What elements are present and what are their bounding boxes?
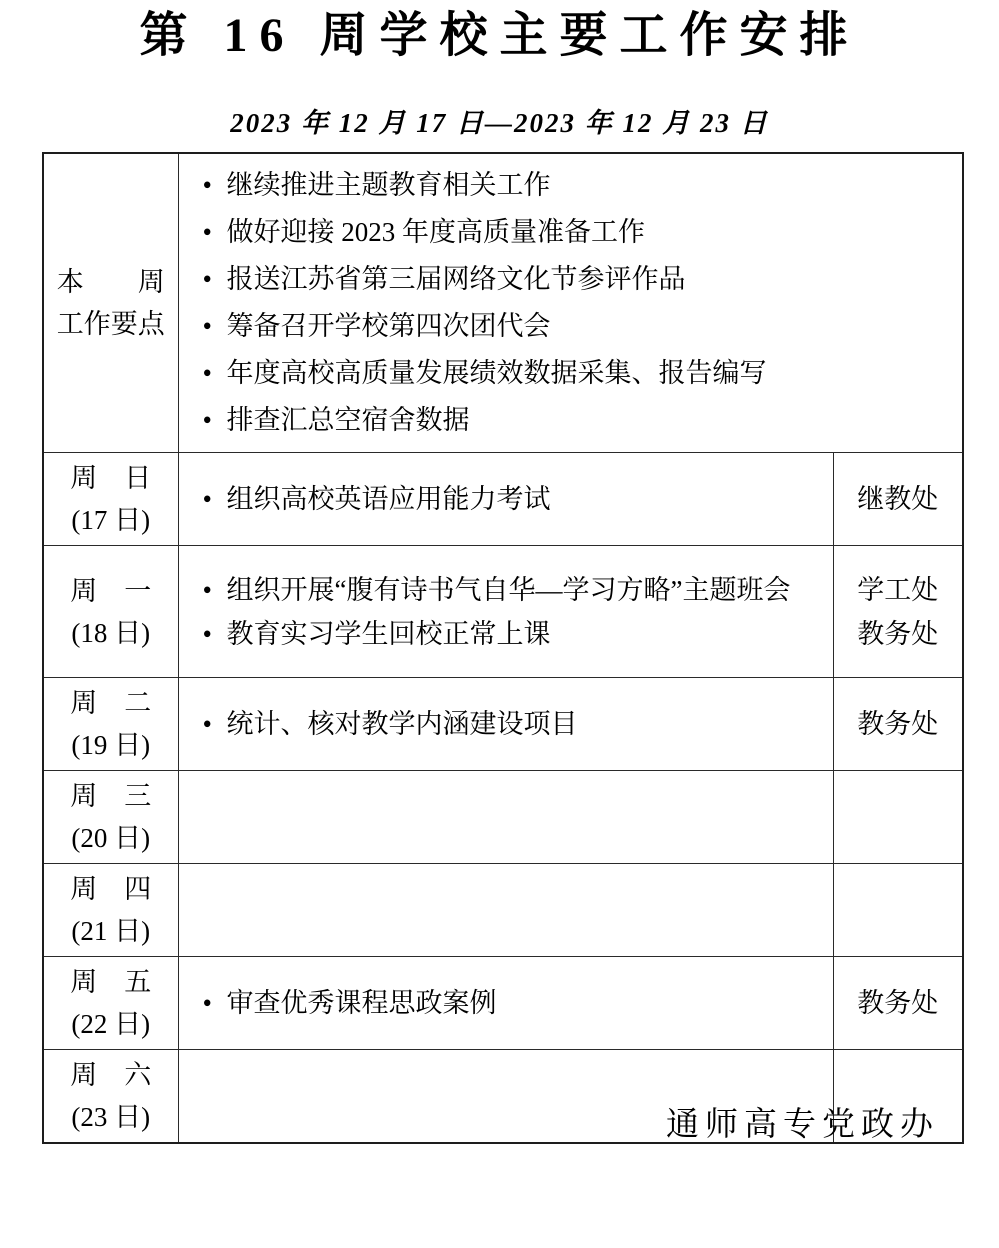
- day-label: 周 三: [54, 775, 168, 817]
- task-item: • 排查汇总空宿舍数据: [203, 397, 949, 444]
- task-text: 报送江苏省第三届网络文化节参评作品: [227, 256, 949, 303]
- bullet-icon: •: [203, 612, 227, 656]
- tasks-cell: • 组织高校英语应用能力考试: [178, 453, 833, 546]
- task-item: • 统计、核对教学内涵建设项目: [203, 701, 819, 748]
- day-cell: 周 五 (22 日): [43, 957, 178, 1050]
- task-text: 组织高校英语应用能力考试: [227, 476, 819, 523]
- dept-cell: 教务处: [833, 957, 963, 1050]
- bullet-icon: •: [203, 350, 227, 397]
- tasks-cell: • 组织开展“腹有诗书气自华—学习方略”主题班会 • 教育实习学生回校正常上课: [178, 546, 833, 678]
- day-date: (22 日): [54, 1003, 168, 1045]
- week-summary-tasks-cell: • 继续推进主题教育相关工作 • 做好迎接 2023 年度高质量准备工作 • 报…: [178, 153, 963, 453]
- task-text: 排查汇总空宿舍数据: [227, 397, 949, 444]
- day-cell: 周 六 (23 日): [43, 1050, 178, 1144]
- task-text: 组织开展“腹有诗书气自华—学习方略”主题班会: [227, 568, 819, 612]
- day-label: 周 六: [54, 1054, 168, 1096]
- week-summary-label-cell: 本 周 工作要点: [43, 153, 178, 453]
- dept-label: 教务处: [840, 702, 957, 746]
- bullet-icon: •: [203, 701, 227, 748]
- bullet-icon: •: [203, 303, 227, 350]
- day-date: (19 日): [54, 724, 168, 766]
- day-date: (18 日): [54, 612, 168, 654]
- bullet-icon: •: [203, 397, 227, 444]
- day-cell: 周 二 (19 日): [43, 678, 178, 771]
- dept-label: 教务处: [840, 981, 957, 1025]
- task-text: 年度高校高质量发展绩效数据采集、报告编写: [227, 350, 949, 397]
- day-date: (17 日): [54, 499, 168, 541]
- day-cell: 周 四 (21 日): [43, 864, 178, 957]
- task-item: • 报送江苏省第三届网络文化节参评作品: [203, 256, 949, 303]
- table-row-tuesday: 周 二 (19 日) • 统计、核对教学内涵建设项目 教务处: [43, 678, 963, 771]
- date-range: 2023 年 12 月 17 日—2023 年 12 月 23 日: [0, 101, 999, 140]
- dept-cell: 学工处 教务处: [833, 546, 963, 678]
- bullet-icon: •: [203, 162, 227, 209]
- signature: 通师高专党政办: [666, 1098, 939, 1145]
- day-label: 周 五: [54, 961, 168, 1003]
- dept-cell: [833, 771, 963, 864]
- dept-cell: [833, 864, 963, 957]
- day-label: 周 日: [54, 457, 168, 499]
- table-row-monday: 周 一 (18 日) • 组织开展“腹有诗书气自华—学习方略”主题班会 • 教育…: [43, 546, 963, 678]
- dept-cell: 继教处: [833, 453, 963, 546]
- tasks-cell: • 统计、核对教学内涵建设项目: [178, 678, 833, 771]
- task-item: • 审查优秀课程思政案例: [203, 980, 819, 1027]
- tasks-cell: • 审查优秀课程思政案例: [178, 957, 833, 1050]
- task-text: 筹备召开学校第四次团代会: [227, 303, 949, 350]
- day-date: (23 日): [54, 1096, 168, 1138]
- week-summary-label-line1: 本 周: [54, 261, 168, 303]
- week-summary-label-line2: 工作要点: [54, 303, 168, 345]
- task-text: 审查优秀课程思政案例: [227, 980, 819, 1027]
- task-text: 教育实习学生回校正常上课: [227, 612, 819, 656]
- schedule-table: 本 周 工作要点 • 继续推进主题教育相关工作 • 做好迎接 2023 年度高质…: [42, 152, 964, 1144]
- task-item: • 做好迎接 2023 年度高质量准备工作: [203, 209, 949, 256]
- bullet-icon: •: [203, 256, 227, 303]
- task-item: • 继续推进主题教育相关工作: [203, 162, 949, 209]
- tasks-cell: [178, 864, 833, 957]
- document-page: 第 16 周学校主要工作安排 2023 年 12 月 17 日—2023 年 1…: [0, 0, 999, 1248]
- task-item: • 教育实习学生回校正常上课: [203, 612, 819, 656]
- day-date: (20 日): [54, 817, 168, 859]
- day-label: 周 二: [54, 682, 168, 724]
- day-label: 周 四: [54, 868, 168, 910]
- day-cell: 周 日 (17 日): [43, 453, 178, 546]
- dept-label: 教务处: [840, 612, 957, 656]
- day-date: (21 日): [54, 910, 168, 952]
- task-item: • 年度高校高质量发展绩效数据采集、报告编写: [203, 350, 949, 397]
- day-cell: 周 一 (18 日): [43, 546, 178, 678]
- task-item: • 组织开展“腹有诗书气自华—学习方略”主题班会: [203, 568, 819, 612]
- bullet-icon: •: [203, 476, 227, 523]
- bullet-icon: •: [203, 980, 227, 1027]
- bullet-icon: •: [203, 209, 227, 256]
- page-title: 第 16 周学校主要工作安排: [0, 8, 999, 63]
- dept-cell: 教务处: [833, 678, 963, 771]
- bullet-icon: •: [203, 568, 227, 612]
- task-text: 做好迎接 2023 年度高质量准备工作: [227, 209, 949, 256]
- dept-label: 继教处: [840, 477, 957, 521]
- table-row-week-summary: 本 周 工作要点 • 继续推进主题教育相关工作 • 做好迎接 2023 年度高质…: [43, 153, 963, 453]
- tasks-cell: [178, 771, 833, 864]
- table-row-sunday: 周 日 (17 日) • 组织高校英语应用能力考试 继教处: [43, 453, 963, 546]
- table-row-wednesday: 周 三 (20 日): [43, 771, 963, 864]
- task-item: • 组织高校英语应用能力考试: [203, 476, 819, 523]
- task-text: 继续推进主题教育相关工作: [227, 162, 949, 209]
- dept-label: 学工处: [840, 568, 957, 612]
- task-item: • 筹备召开学校第四次团代会: [203, 303, 949, 350]
- day-cell: 周 三 (20 日): [43, 771, 178, 864]
- table-row-friday: 周 五 (22 日) • 审查优秀课程思政案例 教务处: [43, 957, 963, 1050]
- table-row-thursday: 周 四 (21 日): [43, 864, 963, 957]
- task-text: 统计、核对教学内涵建设项目: [227, 701, 819, 748]
- day-label: 周 一: [54, 570, 168, 612]
